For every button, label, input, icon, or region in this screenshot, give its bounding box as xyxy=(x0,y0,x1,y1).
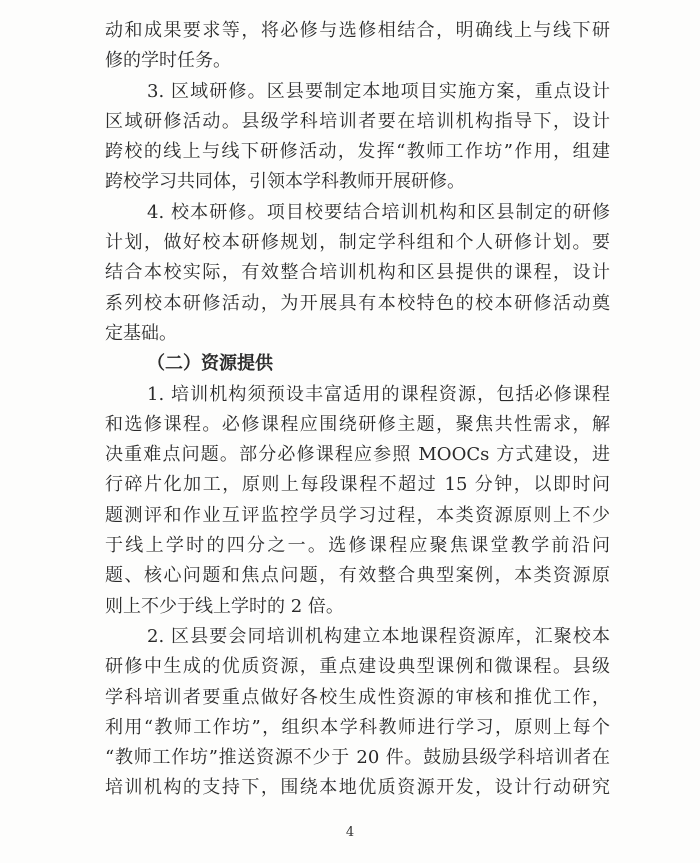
text-line: 则上不少于线上学时的 2 倍。 xyxy=(105,592,610,622)
text-line: 1. 培训机构须预设丰富适用的课程资源，包括必修课程 xyxy=(105,380,610,410)
text-line: 跨校学习共同体，引领本学科教师开展研修。 xyxy=(105,167,610,197)
text-line: 跨校的线上与线下研修活动，发挥“教师工作坊”作用，组建 xyxy=(105,137,610,167)
text-line: 结合本校实际，有效整合培训机构和区县提供的课程，设计 xyxy=(105,258,610,288)
text-line: 2. 区县要会同培训机构建立本地课程资源库，汇聚校本 xyxy=(105,622,610,652)
text-line: 学科培训者要重点做好各校生成性资源的审核和推优工作， xyxy=(105,683,610,713)
text-line: 研修中生成的优质资源，重点建设典型课例和微课程。县级 xyxy=(105,652,610,682)
text-line: 行碎片化加工，原则上每段课程不超过 15 分钟，以即时问 xyxy=(105,470,610,500)
text-line: 和选修课程。必修课程应围绕研修主题，聚焦共性需求，解 xyxy=(105,410,610,440)
text-line: 4. 校本研修。项目校要结合培训机构和区县制定的研修 xyxy=(105,198,610,228)
document-body: 动和成果要求等，将必修与选修相结合，明确线上与线下研修的学时任务。3. 区域研修… xyxy=(105,16,610,804)
text-line: 系列校本研修活动，为开展具有本校特色的校本研修活动奠 xyxy=(105,289,610,319)
text-line: “教师工作坊”推送资源不少于 20 件。鼓励县级学科培训者在 xyxy=(105,743,610,773)
text-line: 题、核心问题和焦点问题，有效整合典型案例，本类资源原 xyxy=(105,561,610,591)
text-line: 区域研修活动。县级学科培训者要在培训机构指导下，设计 xyxy=(105,107,610,137)
page-number: 4 xyxy=(0,825,700,840)
text-line: 定基础。 xyxy=(105,319,610,349)
section-heading: （二）资源提供 xyxy=(105,349,610,379)
text-line: 计划，做好校本研修规划，制定学科组和个人研修计划。要 xyxy=(105,228,610,258)
text-line: 决重难点问题。部分必修课程应参照 MOOCs 方式建设，进 xyxy=(105,440,610,470)
text-line: 3. 区域研修。区县要制定本地项目实施方案，重点设计 xyxy=(105,77,610,107)
text-line: 利用“教师工作坊”，组织本学科教师进行学习，原则上每个 xyxy=(105,713,610,743)
text-line: 修的学时任务。 xyxy=(105,46,610,76)
text-line: 动和成果要求等，将必修与选修相结合，明确线上与线下研 xyxy=(105,16,610,46)
text-line: 培训机构的支持下，围绕本地优质资源开发，设计行动研究 xyxy=(105,773,610,803)
document-page: 动和成果要求等，将必修与选修相结合，明确线上与线下研修的学时任务。3. 区域研修… xyxy=(0,0,700,863)
text-line: 题测评和作业互评监控学员学习过程，本类资源原则上不少 xyxy=(105,501,610,531)
text-line: 于线上学时的四分之一。选修课程应聚焦课堂教学前沿问 xyxy=(105,531,610,561)
